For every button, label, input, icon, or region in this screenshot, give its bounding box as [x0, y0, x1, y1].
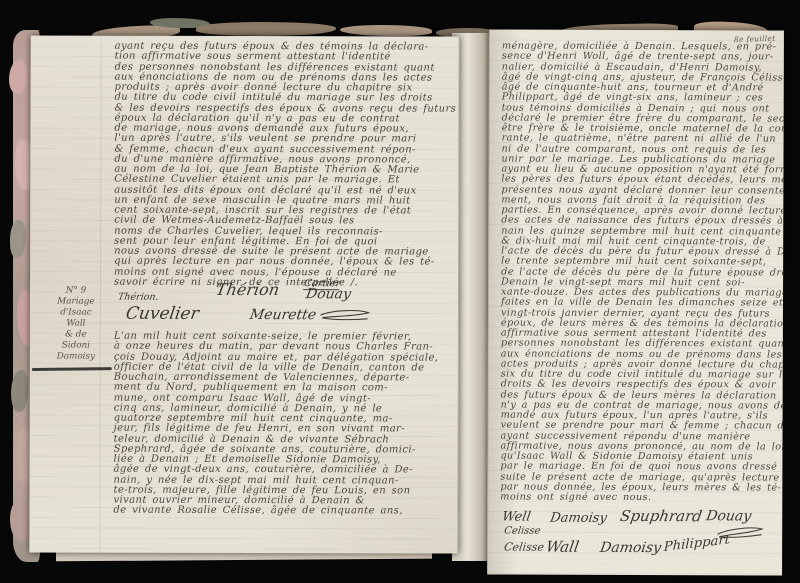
signature-therion: Thérion [214, 280, 280, 299]
torn-edge-fragment [10, 500, 28, 540]
torn-edge-fragment [10, 220, 26, 258]
signature-douay: Douay [305, 286, 353, 302]
signature-well: Well [501, 510, 532, 525]
signature-celisse-small: Celisse [503, 526, 541, 537]
signature-philippart: Philippart [663, 532, 730, 555]
signature-cuvelier: Cuvelier [124, 304, 200, 324]
manuscript-line: Sidoni [38, 340, 114, 351]
signature-damoisy: Damoisy [549, 511, 608, 526]
manuscript-line: savoir écrire ni signer, de ce interpell… [114, 277, 456, 288]
manuscript-line: & de [38, 329, 114, 340]
manuscript-line: Damoisy [38, 351, 114, 362]
margin-note: N° 9Mariaged'IsaacWall& deSidoniDamoisy [38, 285, 114, 362]
manuscript-line: de vivante Rosalie Célisse, âgée de cinq… [113, 506, 455, 517]
signature-meurette: Meurette [249, 307, 318, 323]
torn-binding-fragment [340, 25, 432, 36]
manuscript-line: d'Isaac [38, 307, 114, 318]
torn-edge-fragment [9, 60, 27, 94]
torn-binding-fragment [196, 21, 336, 37]
signature-douay: Douay [705, 508, 753, 524]
signature-wall: Wall [545, 538, 581, 556]
signature-damoisy: Damoisy [599, 540, 662, 556]
manuscript-line: Wall [38, 318, 114, 329]
photo-background: N° 9Mariaged'IsaacWall& deSidoniDamoisy … [0, 0, 800, 583]
manuscript-line: moins ont signé avec nous. [500, 493, 780, 504]
manuscript-line: Mariage [38, 296, 114, 307]
left-page: N° 9Mariaged'IsaacWall& deSidoniDamoisy … [29, 35, 459, 553]
signature-spuphrard: Spuphrard [619, 507, 704, 525]
signature-flourish [316, 308, 374, 322]
manuscript-line: N° 9 [38, 285, 114, 296]
act-continuation-text: ménagère, domiciliée à Denain. Lesquels,… [500, 42, 782, 504]
torn-edge-fragment [11, 370, 28, 412]
right-page: 8e feuillet ménagère, domiciliée à Denai… [487, 29, 784, 575]
new-act-text: L'an mil huit cent soixante-seize, le pr… [113, 332, 455, 517]
signature-therion-small: Thérion. [117, 292, 159, 303]
act-ending-text: ayant reçu des futurs époux & des témoin… [114, 42, 457, 289]
signature-celisse: Celisse [503, 541, 545, 554]
